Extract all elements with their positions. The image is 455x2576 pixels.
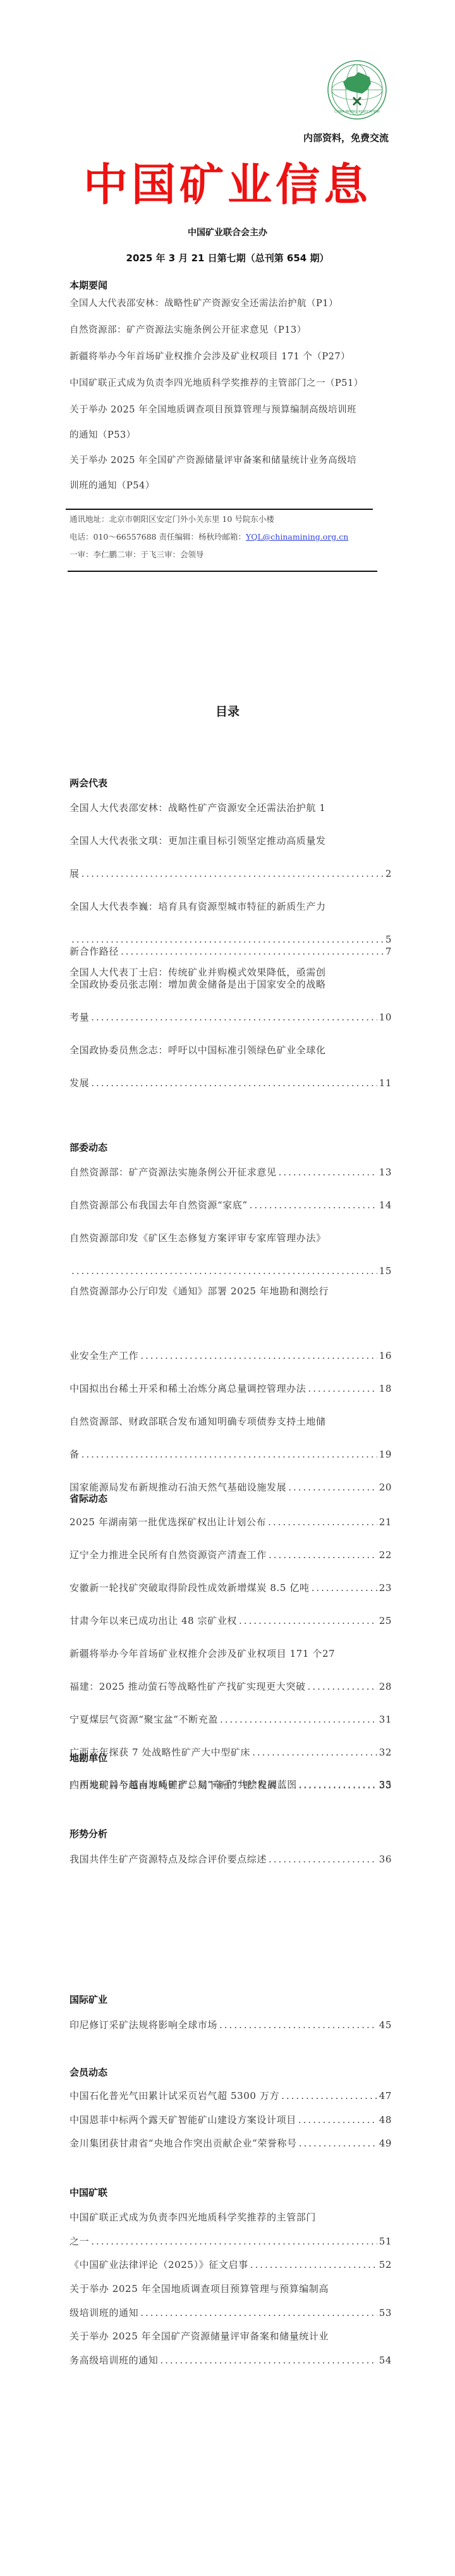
toc-entry[interactable]: 中国石化普光气田累计试采页岩气超 5300 万方47 [70, 2089, 392, 2103]
contact-address: 通讯地址：北京市朝阳区安定门外小关东里 10 号院东小楼 [70, 514, 274, 525]
toc-entry[interactable]: 全国政协委员张志刚：增加黄金储备是出于国家安全的战略 [70, 977, 392, 991]
toc-entry[interactable]: 全国人大代表张文琪：更加注重目标引领坚定推动高质量发 [70, 834, 392, 848]
dot-leader [312, 1581, 377, 1595]
page-number: 32 [379, 1745, 392, 1759]
toc-entry[interactable]: 金川集团获甘肃省“央地合作突出贡献企业”荣誉称号49 [70, 2136, 392, 2150]
toc-section-heading: 部委动态 [70, 1141, 107, 1154]
highlight-item[interactable]: 中国矿联正式成为负责李四光地质科学奖推荐的主管部门之一（P51） [70, 377, 392, 390]
toc-entry[interactable]: 宁夏煤层气资源“聚宝盆”不断充盈31 [70, 1712, 392, 1726]
toc-section-heading: 会员动态 [70, 2065, 107, 2079]
dot-leader [269, 1852, 377, 1866]
toc-entry-cont[interactable]: 业安全生产工作16 [70, 1349, 392, 1363]
dot-leader [140, 2306, 377, 2320]
dot-leader [298, 2113, 377, 2127]
toc-entry-cont[interactable]: 考量10 [70, 1010, 392, 1024]
page-number: 36 [379, 1852, 392, 1866]
toc-entry[interactable]: 自然资源部、财政部联合发布通知明确专项债券支持土地储 [70, 1415, 392, 1428]
toc-entry[interactable]: 我国共伴生矿产资源特点及综合评价要点综述36 [70, 1852, 392, 1866]
dot-leader [160, 2353, 377, 2367]
dot-leader [91, 1076, 377, 1090]
toc-section-heading: 省际动态 [70, 1492, 107, 1505]
toc-entry[interactable]: 自然资源部公布我国去年自然资源“家底”14 [70, 1198, 392, 1212]
contact-phone-line: 电话：010～66557688 责任编辑：杨秋玲邮箱：YQL@chinamini… [70, 531, 348, 543]
toc-entry-cont[interactable]: 之一51 [70, 2234, 392, 2248]
toc-entry[interactable]: 全国人大代表李巍：培育具有资源型城市特征的新质生产力 [70, 900, 392, 913]
page-number: 16 [379, 1349, 392, 1363]
toc-entry[interactable]: 中国恩菲中标两个露天矿智能矿山建设方案设计项目48 [70, 2113, 392, 2127]
page-number: 28 [379, 1680, 392, 1694]
china-mining-association-logo: CHINA MINING ASSOCIATION [325, 58, 389, 121]
dot-leader [252, 1745, 377, 1759]
page-number: 15 [379, 1264, 392, 1278]
dot-leader [299, 1778, 377, 1792]
dot-leader [121, 944, 384, 958]
dot-leader [250, 1198, 377, 1212]
reviewers-line: 一审：李仁鹏二审：于飞三审：会领导 [70, 549, 204, 560]
toc-entry[interactable]: 广西去年探获 7 处战略性矿产大中型矿床32 [70, 1745, 392, 1759]
phone-editor-text: 电话：010～66557688 责任编辑：杨秋玲邮箱： [70, 532, 246, 542]
page-number: 14 [379, 1198, 392, 1212]
dot-leader [269, 1548, 377, 1562]
divider-bottom [68, 571, 377, 572]
toc-entry-cont[interactable]: 务高级培训班的通知54 [70, 2353, 392, 2367]
page-number: 35 [379, 1778, 392, 1792]
page-number: 45 [379, 2018, 392, 2032]
page-number: 21 [379, 1515, 392, 1529]
toc-entry[interactable]: 全国人大代表邵安林：战略性矿产资源安全还需法治护航 1 [70, 801, 392, 815]
toc-entry-cont[interactable]: 发展11 [70, 1076, 392, 1090]
dot-leader [281, 2089, 377, 2103]
toc-entry[interactable]: 《中国矿业法律评论（2025）》征文启事52 [70, 2258, 392, 2272]
toc-entry[interactable]: 自然资源部：矿产资源法实施条例公开征求意见13 [70, 1165, 392, 1179]
page-number: 25 [379, 1614, 392, 1628]
toc-entry-cont[interactable]: 展2 [70, 867, 392, 881]
issue-date: 2025 年 3 月 21 日第七期（总刊第 654 期） [0, 251, 455, 264]
toc-entry[interactable]: 国家能源局发布新规推动石油天然气基础设施发展20 [70, 1480, 392, 1494]
page-number: 18 [379, 1382, 392, 1396]
highlight-item[interactable]: 关于举办 2025 年全国地质调查项目预算管理与预算编制高级培训班 [70, 404, 392, 416]
page-number: 31 [379, 1712, 392, 1726]
dot-leader [288, 1480, 377, 1494]
toc-entry[interactable]: 福建：2025 推动萤石等战略性矿产找矿实现更大突破28 [70, 1680, 392, 1694]
page-number: 10 [379, 1010, 392, 1024]
highlight-item[interactable]: 全国人大代表邵安林：战略性矿产资源安全还需法治护航（P1） [70, 297, 392, 310]
dot-leader [239, 1614, 377, 1628]
toc-entry[interactable]: 印尼修订采矿法规将影响全球市场45 [70, 2018, 392, 2032]
toc-entry[interactable]: 2025 年湖南第一批优选探矿权出让计划公布21 [70, 1515, 392, 1529]
toc-entry[interactable]: 自然资源部印发《矿区生态修复方案评审专家库管理办法》 [70, 1231, 392, 1245]
page-number: 7 [385, 944, 392, 958]
page-number: 53 [379, 2306, 392, 2320]
page-number: 2 [385, 867, 392, 881]
toc-entry[interactable]: 关于举办 2025 年全国地质调查项目预算管理与预算编制高 [70, 2282, 392, 2296]
page-number: 20 [379, 1480, 392, 1494]
highlight-item[interactable]: 自然资源部：矿产资源法实施条例公开征求意见（P13） [70, 324, 392, 337]
divider-top [66, 509, 373, 510]
toc-entry[interactable]: 安徽新一轮找矿突破取得阶段性成效新增煤炭 8.5 亿吨23 [70, 1581, 392, 1595]
dot-leader [82, 867, 384, 881]
toc-entry[interactable]: 新疆将举办今年首场矿业权推介会涉及矿业权项目 171 个27 [70, 1647, 392, 1661]
toc-entry-cont[interactable]: 新合作路径7 [70, 944, 392, 958]
page-number: 51 [379, 2234, 392, 2248]
globe-map-icon: CHINA MINING ASSOCIATION [325, 58, 389, 121]
toc-entry[interactable]: 广西地矿局与越南地质矿产总局“牵手”共绘发展蓝图35 [70, 1778, 392, 1792]
page-number: 23 [379, 1581, 392, 1595]
toc-entry[interactable]: 甘肃今年以来已成功出让 48 宗矿业权25 [70, 1614, 392, 1628]
toc-entry[interactable]: 辽宁全力推进全民所有自然资源资产清查工作22 [70, 1548, 392, 1562]
masthead-title: 中国矿业信息 [0, 157, 455, 213]
toc-section-heading: 地勘单位 [70, 1751, 107, 1764]
page-number: 52 [379, 2258, 392, 2272]
tagline: 内部资料，免费交流 [190, 131, 389, 144]
page-number: 47 [379, 2089, 392, 2103]
dot-leader [250, 2258, 377, 2272]
toc-entry[interactable]: 关于举办 2025 年全国矿产资源储量评审备案和储量统计业 [70, 2329, 392, 2343]
dot-leader [308, 1680, 377, 1694]
page-number: 11 [379, 1076, 392, 1090]
sponsor-line: 中国矿业联合会主办 [0, 226, 455, 238]
dot-leader [219, 2018, 377, 2032]
dot-leader [71, 1264, 377, 1278]
dot-leader [308, 1382, 377, 1396]
toc-entry[interactable]: 自然资源部办公厅印发《通知》部署 2025 年地勘和测绘行 [70, 1284, 392, 1298]
highlights-heading: 本期要闻 [70, 278, 107, 292]
toc-entry-cont[interactable]: 级培训班的通知53 [70, 2306, 392, 2320]
toc-title: 目录 [0, 702, 455, 719]
page-number: 49 [379, 2136, 392, 2150]
page-number: 54 [379, 2353, 392, 2367]
dot-leader [82, 1447, 377, 1461]
highlight-item-cont[interactable]: 的通知（P53） [70, 429, 392, 442]
dot-leader [279, 1165, 377, 1179]
toc-section-heading: 中国矿联 [70, 2186, 107, 2199]
toc-entry[interactable]: 中国拟出台稀土开采和稀土冶炼分离总量调控管理办法18 [70, 1382, 392, 1396]
dot-leader [140, 1349, 377, 1363]
page-number: 48 [379, 2113, 392, 2127]
toc-entry[interactable]: 全国政协委员焦念志：呼吁以中国标准引领绿色矿业全球化 [70, 1043, 392, 1057]
page-number: 13 [379, 1165, 392, 1179]
dot-leader [91, 2234, 377, 2248]
toc-entry[interactable]: 中国矿联正式成为负责李四光地质科学奖推荐的主管部门 [70, 2210, 392, 2224]
dot-leader [220, 1712, 377, 1726]
dot-leader [299, 2136, 377, 2150]
dot-leader [91, 1010, 377, 1024]
page-number: 22 [379, 1548, 392, 1562]
highlight-item[interactable]: 关于举办 2025 年全国矿产资源储量评审备案和储量统计业务高级培 [70, 454, 392, 467]
toc-entry-cont[interactable]: 备19 [70, 1447, 392, 1461]
toc-section-heading: 两会代表 [70, 776, 107, 790]
page-number: 19 [379, 1447, 392, 1461]
email-link[interactable]: YQL@chinamining.org.cn [246, 532, 348, 542]
highlight-item[interactable]: 新疆将举办今年首场矿业权推介会涉及矿业权项目 171 个（P27） [70, 350, 392, 363]
toc-section-heading: 形势分析 [70, 1827, 107, 1840]
dot-leader [268, 1515, 377, 1529]
svg-text:CHINA MINING ASSOCIATION: CHINA MINING ASSOCIATION [334, 110, 380, 114]
highlight-item-cont[interactable]: 训班的通知（P54） [70, 480, 392, 492]
toc-entry-cont[interactable]: 15 [70, 1264, 392, 1278]
toc-section-heading: 国际矿业 [70, 1993, 107, 2006]
